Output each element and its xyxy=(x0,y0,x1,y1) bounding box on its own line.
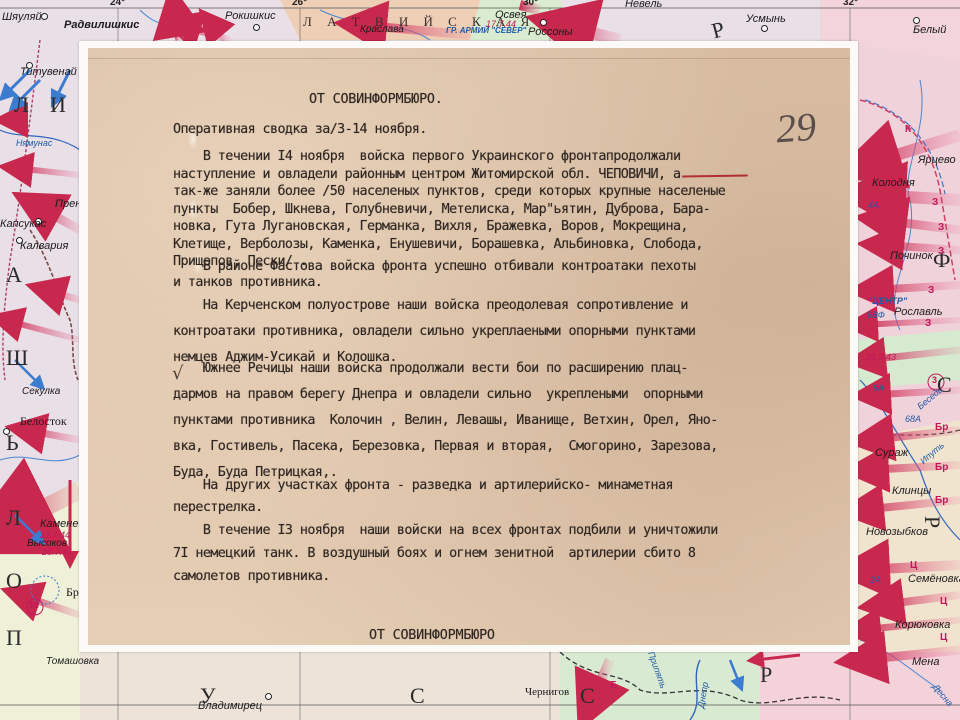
city-label: Томашовка xyxy=(46,656,99,667)
army-label: Б xyxy=(610,680,617,691)
army-label: Бр xyxy=(935,422,948,433)
coord-label: 24° xyxy=(110,0,125,8)
city-marker xyxy=(41,13,48,20)
city-marker xyxy=(913,17,920,24)
city-label: Ярцево xyxy=(918,154,956,166)
river-label: Нямунас xyxy=(16,138,52,148)
front-label: "ЦЕНТР" xyxy=(868,296,907,306)
document-subheading: Оперативная сводка за/3-14 ноября. xyxy=(173,122,427,137)
date-label: 26.9.43 xyxy=(866,352,896,362)
army-label: З xyxy=(938,222,944,233)
army-label: Ц xyxy=(940,632,947,643)
army-label: З xyxy=(932,197,938,208)
document-line: Клетище, Верболозы, Каменка, Енушевичи, … xyxy=(173,237,703,252)
army-label: Ц xyxy=(910,560,917,571)
date-label: 22.7.44 xyxy=(40,530,70,540)
city-label: Краслава xyxy=(360,24,404,35)
coord-label: 32° xyxy=(843,0,858,8)
document-line: пунктами противника Колочин , Велин, Лев… xyxy=(173,413,718,428)
coord-label: 26° xyxy=(292,0,307,8)
document-line: дармов на правом берегу Днепра и овладел… xyxy=(173,387,703,402)
region-label: Л xyxy=(14,92,31,118)
city-label: Усмынь xyxy=(746,13,786,25)
city-marker xyxy=(265,693,272,700)
document-line: перестрелка. xyxy=(173,500,263,515)
city-label: Починок xyxy=(890,250,933,262)
date-label: 28.7.44 xyxy=(42,547,72,557)
document-line: контроатаки противника, овладели сильно … xyxy=(173,324,695,339)
city-label: Белый xyxy=(913,24,946,36)
region-label: П xyxy=(6,625,24,651)
region-label: С xyxy=(580,683,597,709)
army-label: 2А xyxy=(870,575,881,585)
army-label: Бр xyxy=(935,462,948,473)
city-label: Клинцы xyxy=(892,485,931,497)
region-label: Л xyxy=(6,505,23,531)
city-label: Радвилишкис xyxy=(64,19,139,31)
city-label: Рокишкис xyxy=(225,10,276,22)
archival-document: 29 ОТ СОВИНФОРМБЮРО. Оперативная сводка … xyxy=(88,48,850,645)
city-label: Мена xyxy=(912,656,939,668)
date-label: 17.7.44 xyxy=(486,19,516,29)
city-label: Калвария xyxy=(20,240,68,252)
document-line: пункты Бобер, Шкнева, Голубневичи, Метел… xyxy=(173,202,710,217)
document-line: В течении I4 ноября войска первого Украи… xyxy=(173,149,680,164)
army-label: К xyxy=(905,124,911,135)
region-label: Ш xyxy=(6,345,30,371)
army-label: 68А xyxy=(905,414,921,424)
city-label: Рославль xyxy=(894,306,943,318)
city-label: Корюковка xyxy=(895,619,950,631)
document-line: так-же заняли более /50 населеных пункто… xyxy=(173,184,725,199)
red-pencil-underline xyxy=(682,174,748,177)
army-label: Ц xyxy=(940,596,947,607)
city-label: Титувенай xyxy=(20,66,77,78)
city-label: Сураж xyxy=(875,447,908,459)
document-frame: 29 ОТ СОВИНФОРМБЮРО. Оперативная сводка … xyxy=(79,41,858,652)
region-label: А xyxy=(6,262,24,288)
document-line: новка, Гута Лугановская, Германка, Вихля… xyxy=(173,219,688,234)
circled-number: 3 xyxy=(932,375,937,385)
city-marker xyxy=(761,25,768,32)
coord-label: 30° xyxy=(523,0,538,8)
document-line: В районе Фастова войска фронта успешно о… xyxy=(173,259,695,274)
document-footer: ОТ СОВИНФОРМБЮРО xyxy=(369,628,495,643)
city-label: Секулка xyxy=(22,386,60,397)
army-label: 6ВФ xyxy=(867,310,885,320)
document-heading: ОТ СОВИНФОРМБЮРО. xyxy=(309,92,443,107)
city-label: Белосток xyxy=(20,414,67,429)
city-label: Невель xyxy=(625,0,662,10)
city-label: Чернигов xyxy=(525,686,569,698)
document-line: наступление и овладели районным центром … xyxy=(173,167,680,182)
army-label: З xyxy=(938,246,944,257)
document-line: вка, Гостивель, Пасека, Березовка, Перва… xyxy=(173,439,718,454)
region-label: О xyxy=(6,568,24,594)
city-marker xyxy=(540,19,547,26)
city-label: Россоны xyxy=(528,26,573,38)
document-line: На других участках фронта - разведка и а… xyxy=(173,478,673,493)
paper-fold-line xyxy=(88,58,850,59)
city-marker xyxy=(3,428,10,435)
army-label: З xyxy=(925,318,931,329)
circled-number: 16 xyxy=(29,600,39,610)
city-label: Колодня xyxy=(872,177,915,189)
handwritten-folio-number: 29 xyxy=(774,103,817,153)
city-label: Владимирец xyxy=(198,700,262,712)
army-label: Бр xyxy=(935,495,948,506)
region-label: С xyxy=(410,683,427,709)
army-label: 4А xyxy=(868,200,879,210)
army-label: 9А xyxy=(873,383,884,393)
document-line: 7I немецкий танк. В воздушный боях и огн… xyxy=(173,546,695,561)
document-line: и танков противника. xyxy=(173,275,322,290)
document-line: В течение I3 ноября наши войски на всех … xyxy=(173,523,718,538)
city-label: Семёновка xyxy=(908,573,960,585)
city-label: Новозыбков xyxy=(866,526,928,538)
city-marker xyxy=(253,24,260,31)
city-label: Капсукас xyxy=(0,218,46,230)
city-label: Шяуляй xyxy=(2,11,42,23)
army-label: З xyxy=(928,285,934,296)
check-mark-icon: √ xyxy=(172,363,183,384)
document-line: На Керченском полуострове наши войска пр… xyxy=(173,298,688,313)
document-line: самолетов противника. xyxy=(173,569,330,584)
document-line: Южнее Речицы наши войска продолжали вест… xyxy=(173,361,688,376)
region-label: Р xyxy=(760,662,774,688)
region-label: И xyxy=(50,92,68,118)
